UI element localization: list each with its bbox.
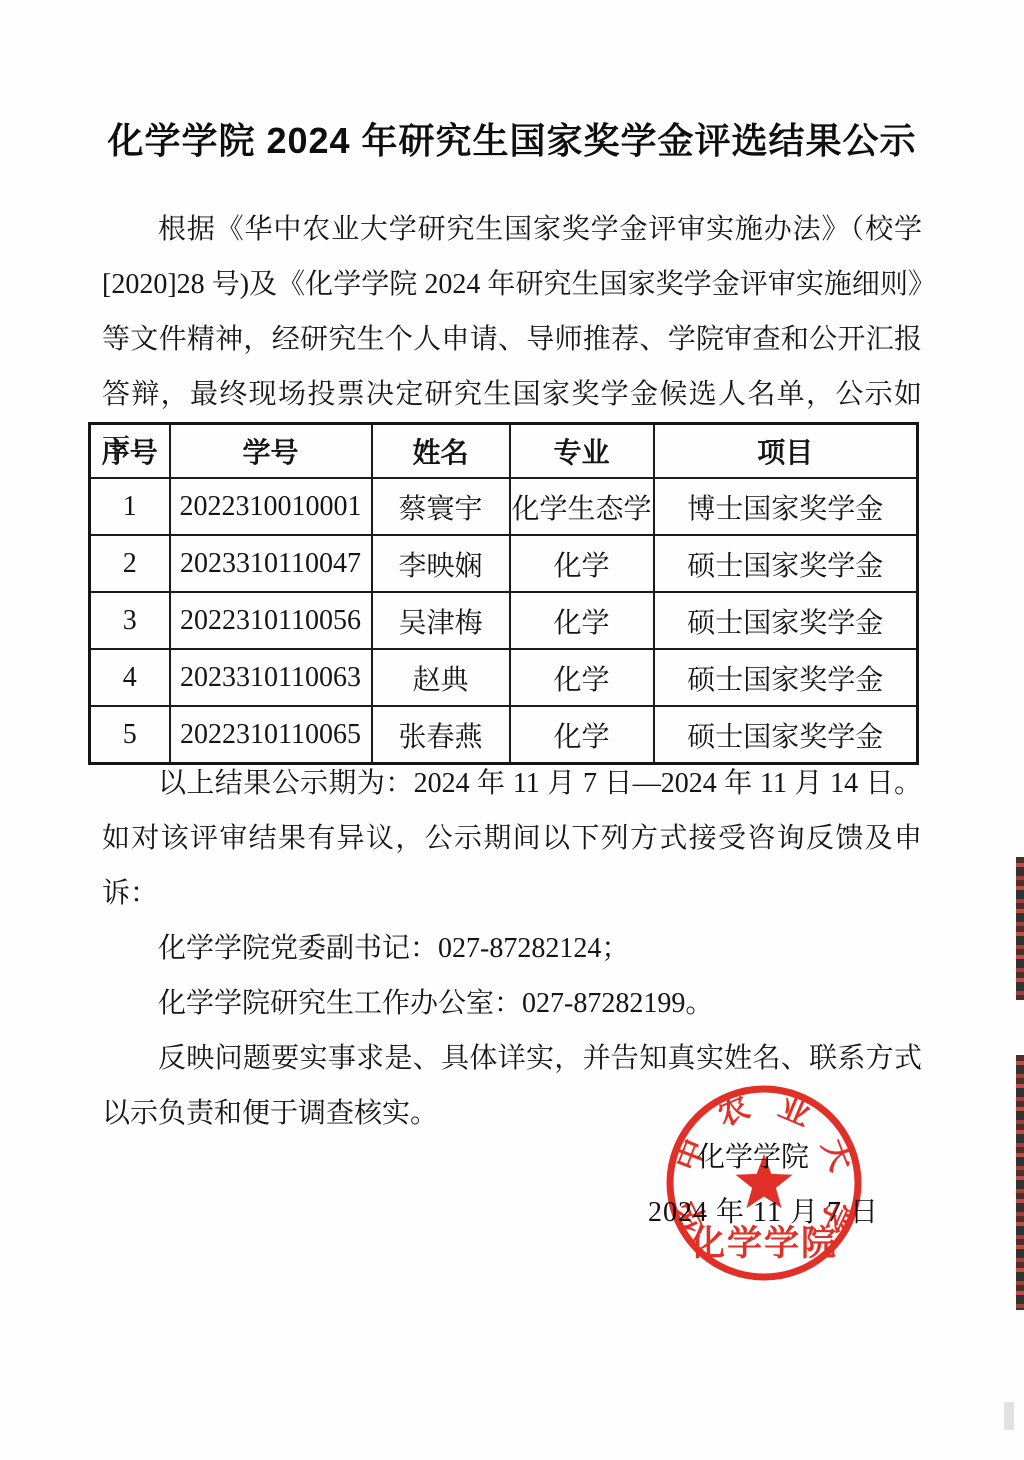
seal-arc-char: 大	[815, 1134, 859, 1175]
official-seal: 华 中 农 业 大 学 化学学院	[652, 1071, 876, 1295]
cell-index: 3	[90, 592, 170, 649]
scan-artifact-strip	[1016, 857, 1024, 1000]
publicity-period-paragraph: 以上结果公示期为：2024 年 11 月 7 日—2024 年 11 月 14 …	[102, 756, 922, 921]
cell-student-id: 2023310110063	[170, 649, 372, 706]
cell-program: 硕士国家奖学金	[654, 592, 918, 649]
cell-index: 5	[90, 706, 170, 764]
cell-major: 化学	[510, 706, 654, 764]
scan-artifact-strip	[1016, 1055, 1024, 1310]
seal-arc-char: 业	[774, 1089, 816, 1133]
cell-student-id: 2022310010001	[170, 478, 372, 535]
table-row: 3 2022310110056 吴津梅 化学 硕士国家奖学金	[90, 592, 918, 649]
cell-name: 吴津梅	[372, 592, 510, 649]
cell-student-id: 2022310110065	[170, 706, 372, 764]
contact-office-line: 化学学院研究生工作办公室：027-87282199。	[102, 976, 922, 1031]
cell-major: 化学生态学	[510, 478, 654, 535]
seal-arc-char: 中	[669, 1134, 713, 1175]
scan-artifact-smudge	[1004, 1402, 1014, 1430]
cell-student-id: 2023310110047	[170, 535, 372, 592]
cell-index: 4	[90, 649, 170, 706]
table-row: 1 2022310010001 蔡寰宇 化学生态学 博士国家奖学金	[90, 478, 918, 535]
table-header-row: 序号 学号 姓名 专业 项目	[90, 424, 918, 479]
contact-secretary-line: 化学学院党委副书记：027-87282124；	[102, 921, 922, 976]
results-table: 序号 学号 姓名 专业 项目 1 2022310010001 蔡寰宇 化学生态学…	[88, 422, 919, 765]
cell-program: 硕士国家奖学金	[654, 649, 918, 706]
cell-program: 硕士国家奖学金	[654, 535, 918, 592]
cell-major: 化学	[510, 649, 654, 706]
cell-name: 赵典	[372, 649, 510, 706]
cell-name: 蔡寰宇	[372, 478, 510, 535]
cell-major: 化学	[510, 592, 654, 649]
header-cell-student-id: 学号	[170, 424, 372, 479]
cell-index: 2	[90, 535, 170, 592]
cell-name: 张春燕	[372, 706, 510, 764]
cell-major: 化学	[510, 535, 654, 592]
seal-star-icon	[736, 1154, 793, 1208]
cell-student-id: 2022310110056	[170, 592, 372, 649]
header-cell-major: 专业	[510, 424, 654, 479]
cell-index: 1	[90, 478, 170, 535]
cell-program: 硕士国家奖学金	[654, 706, 918, 764]
page-title: 化学学院 2024 年研究生国家奖学金评选结果公示	[0, 119, 1024, 163]
seal-bottom-text: 化学学院	[689, 1224, 838, 1263]
cell-name: 李映娴	[372, 535, 510, 592]
cell-program: 博士国家奖学金	[654, 478, 918, 535]
table-row: 4 2023310110063 赵典 化学 硕士国家奖学金	[90, 649, 918, 706]
table-row: 2 2023310110047 李映娴 化学 硕士国家奖学金	[90, 535, 918, 592]
seal-arc-char: 农	[712, 1089, 754, 1133]
header-cell-index: 序号	[90, 424, 170, 479]
table-row: 5 2022310110065 张春燕 化学 硕士国家奖学金	[90, 706, 918, 764]
header-cell-name: 姓名	[372, 424, 510, 479]
header-cell-program: 项目	[654, 424, 918, 479]
